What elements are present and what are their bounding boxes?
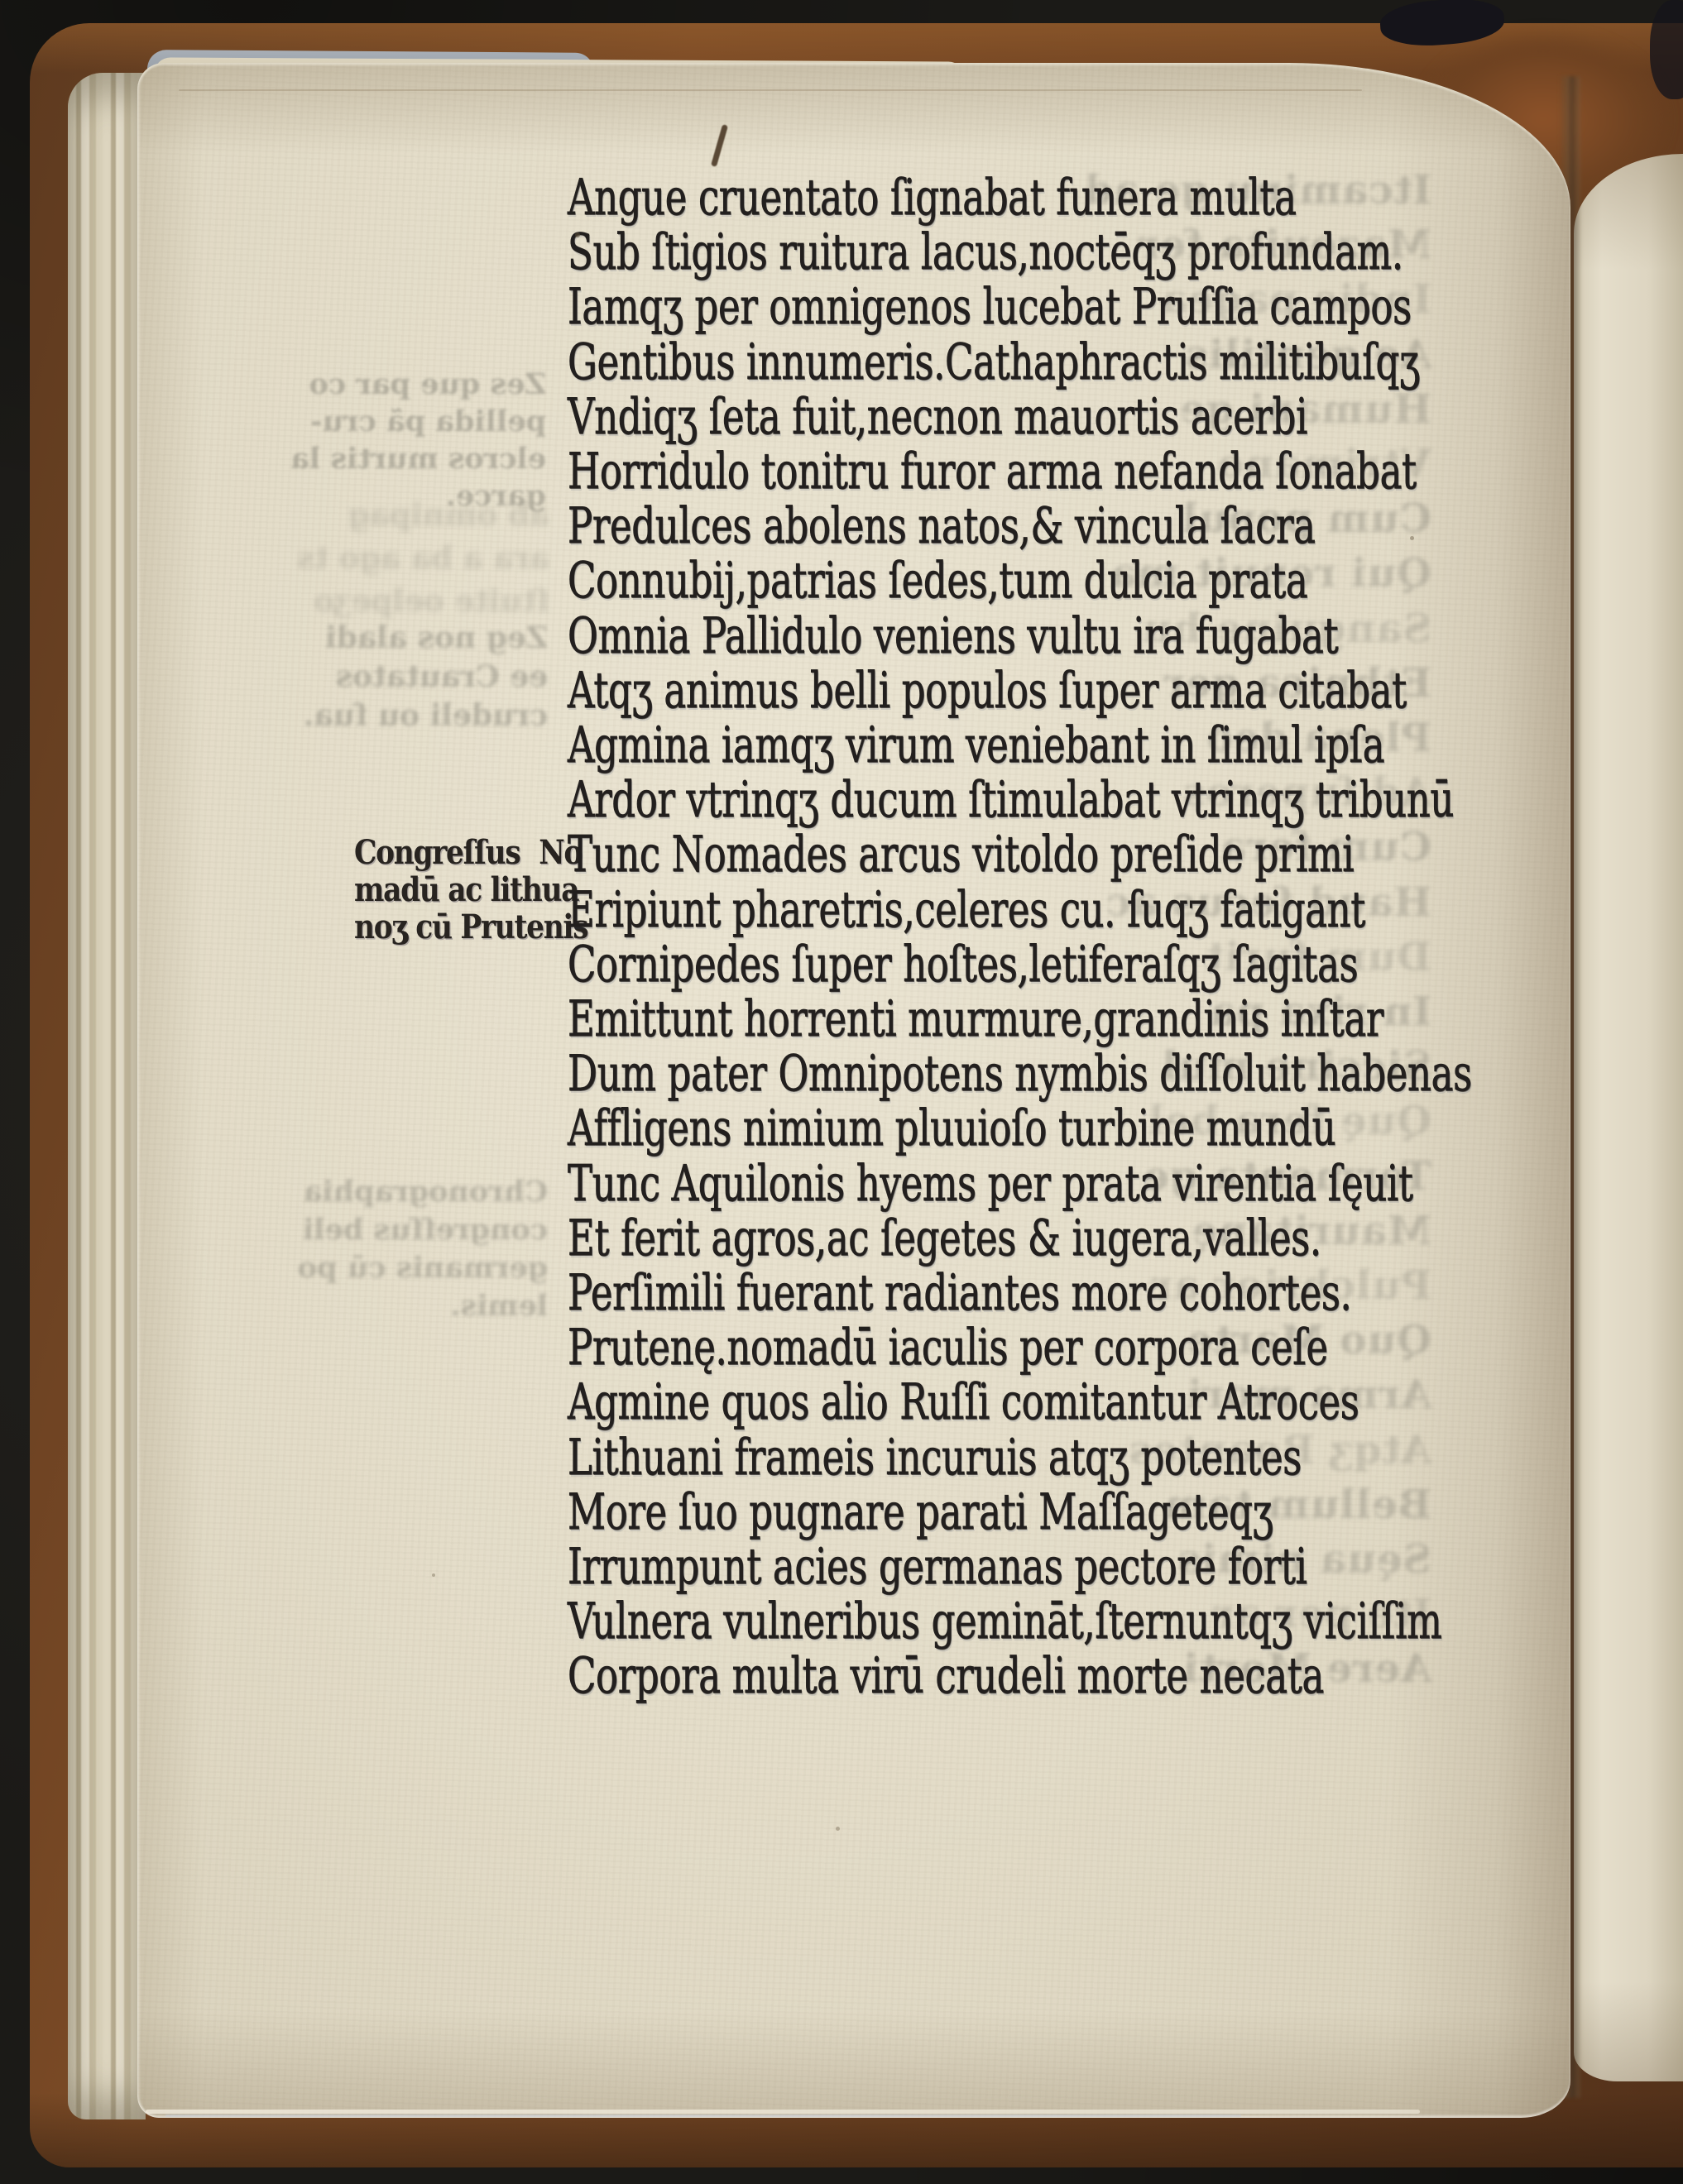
poem-line: Connubij,patrias ſedes,tum dulcia prata [568,553,1472,608]
verso-margin-line: Zes que par co [331,366,546,403]
paper-speck [575,232,580,237]
poem-line: Tunc Aquilonis hyems per prata virentia … [568,1157,1472,1211]
verso-margin-line: Zeg nos aladi [324,619,548,658]
verso-margin-line: germanis cū po [324,1249,548,1287]
verso-margin-note-lower: Chronographiacongreſſus beligermanis cū … [324,1173,548,1325]
verso-margin-line: pellida pã cru- [331,403,546,440]
poem-line: Ardor vtrinqʒ ducum ſtimulabat vtrinqʒ t… [568,773,1472,827]
margin-note-line: noʒ cū Prutenis [354,908,587,946]
poem-line: Prutenę.nomadū iaculis per corpora ceſe [568,1320,1472,1375]
photograph-of-open-book: { "page": { "poem_lines": [ "Angue cruen… [0,0,1683,2184]
page-bottom-edge-tint [165,2115,1241,2117]
poem-line: Perſimili fuerant radiantes more cohorte… [568,1266,1472,1320]
poem-line: More ſuo pugnare parati Maſſageteqʒ [568,1485,1472,1540]
paper-speck [432,1573,435,1577]
poem-line: Vndiqʒ ſeta fuit,necnon mauortis acerbi [568,390,1472,444]
verso-margin-line: congreſſus beli [324,1211,548,1249]
poem-line: Predulces abolens natos,& vincula ſacra [568,499,1472,553]
verso-margin-note-upper: Zes que par copellida pã cru-elcros murt… [331,366,546,515]
margin-note-line: Congreſſus No [354,834,587,871]
poem-line: Angue cruentato ſignabat funera multa [568,170,1472,225]
poem-line: Agmina iamqʒ virum veniebant in ſimul ip… [568,718,1472,773]
verso-margin-line: lemis. [324,1287,548,1325]
poem-line: Sub ſtigios ruitura lacus,noctēqʒ profun… [568,225,1472,280]
verso-margin-line: ara a ba ago ts [343,536,549,579]
poem-text-block: Angue cruentato ſignabat funera multaSub… [568,170,1683,1704]
poem-line: Et ferit agros,ac ſegetes & iugera,valle… [568,1211,1472,1266]
poem-line: Vulnera vulneribus gemināt,ſternuntqʒ vi… [568,1594,1472,1649]
verso-margin-line: ee Crautatos [324,658,548,697]
corner-shadow [1650,0,1683,99]
poem-line: Omnia Pallidulo veniens vultu ira fugaba… [568,609,1472,663]
verso-margin-line: ab omnipag [343,493,549,536]
poem-line: Irrumpunt acies germanas pectore forti [568,1540,1472,1594]
paper-speck [1190,1309,1193,1313]
poem-line: Eripiunt pharetris,celeres cu. ſuqʒ fati… [568,883,1472,937]
poem-line: Gentibus innumeris.Cathaphractis militib… [568,335,1472,390]
poem-line: Corpora multa virū crudeli morte necata [568,1649,1472,1703]
verso-margin-line: Chronographia [324,1173,548,1211]
verso-margin-note-aladi: Zeg nos aladiee Crautatoscrudeli ou ſua. [324,619,548,735]
page-groove-line [179,89,1362,91]
verso-margin-line: crudeli ou ſua. [324,697,548,735]
verso-margin-line: elcros murtis la [331,440,546,477]
poem-line: Cornipedes ſuper hoſtes,letiferaſqʒ ſagi… [568,937,1472,992]
paper-speck [836,1827,840,1831]
poem-line: Iamqʒ per omnigenos lucebat Pruſſia camp… [568,280,1472,334]
poem-line: Affligens nimium pluuioſo turbine mundū [568,1101,1472,1156]
page-stack-edges [68,73,146,2119]
verso-margin-line: ſtuite oelpeʒo [343,579,549,622]
page-bottom-edge-highlight [146,2110,1420,2114]
paper-speck [1410,536,1414,540]
margin-note-line: madū ac lithua [354,871,587,908]
poem-line: Emittunt horrenti murmure,grandinis inſt… [568,992,1472,1046]
poem-line: Atqʒ animus belli populos ſuper arma cit… [568,663,1472,718]
poem-line: Agmine quos alio Ruſſi comitantur Atroce… [568,1375,1472,1430]
poem-line: Horridulo tonitru furor arma nefanda ſon… [568,444,1472,499]
poem-line: Dum pater Omnipotens nymbis diſſoluit ha… [568,1046,1472,1101]
verso-margin-note-mid: ab omnipagara a ba ago tsſtuite oelpeʒo [343,493,549,622]
poem-line: Tunc Nomades arcus vitoldo preſide primi [568,827,1472,882]
poem-line: Lithuani frameis incuruis atqʒ potentes [568,1430,1472,1485]
